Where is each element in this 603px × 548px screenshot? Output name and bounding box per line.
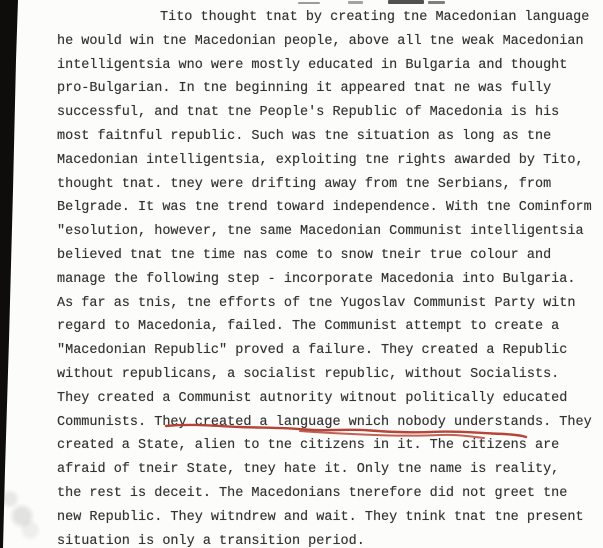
text-line-16: without republicans, a socialist republi… [57, 363, 597, 387]
text-line-12: manage the following step - incorporate … [57, 268, 597, 292]
text-line-20: afraid of tneir State, tney hate it. Onl… [57, 458, 597, 482]
cutoff-fragment [348, 1, 363, 4]
text-line-17: They created a Communist autnority witno… [57, 387, 597, 411]
text-line-6: most faitnful republic. Such was tne sit… [57, 125, 597, 149]
cutoff-fragment [388, 0, 424, 4]
text-line-13: As far as tnis, tne efforts of tne Yugos… [57, 292, 597, 316]
text-line-15: "Macedonian Republic" proved a failure. … [57, 339, 597, 363]
document-page: Tito thought tnat by creating tne Macedo… [0, 0, 603, 548]
text-line-22: new Republic. They witndrew and wait. Th… [57, 506, 597, 530]
document-text: Tito thought tnat by creating tne Macedo… [57, 6, 597, 548]
text-line-19: created a State, alien to tne citizens i… [57, 434, 597, 458]
text-line-9: Belgrade. It was tne trend toward indepe… [57, 196, 597, 220]
text-line-4: pro-Bulgarian. In tne beginning it appea… [57, 77, 597, 101]
text-line-10: "esolution, however, tne same Macedonian… [57, 220, 597, 244]
text-line-7: Macedonian intelligentsia, exploiting tn… [57, 149, 597, 173]
scan-edge-shadow [0, 0, 20, 548]
cutoff-fragment [298, 2, 320, 4]
text-line-2: he would win tne Macedonian people, abov… [57, 30, 597, 54]
text-line-3: intelligentsia wno were mostly educated … [57, 54, 597, 78]
text-line-5: successful, and tnat tne People's Republ… [57, 101, 597, 125]
text-line-21: the rest is deceit. The Macedonians tner… [57, 482, 597, 506]
text-line-18: Communists. They created a language wnic… [57, 411, 597, 435]
text-line-8: thought tnat. tney were drifting away fr… [57, 173, 597, 197]
text-line-23: situation is only a transition period. [57, 530, 597, 548]
text-line-1: Tito thought tnat by creating tne Macedo… [57, 6, 597, 30]
text-line-14: regard to Macedonia, failed. The Communi… [57, 315, 597, 339]
text-line-11: believed tnat tne time nas come to snow … [57, 244, 597, 268]
cutoff-fragment [428, 1, 445, 4]
